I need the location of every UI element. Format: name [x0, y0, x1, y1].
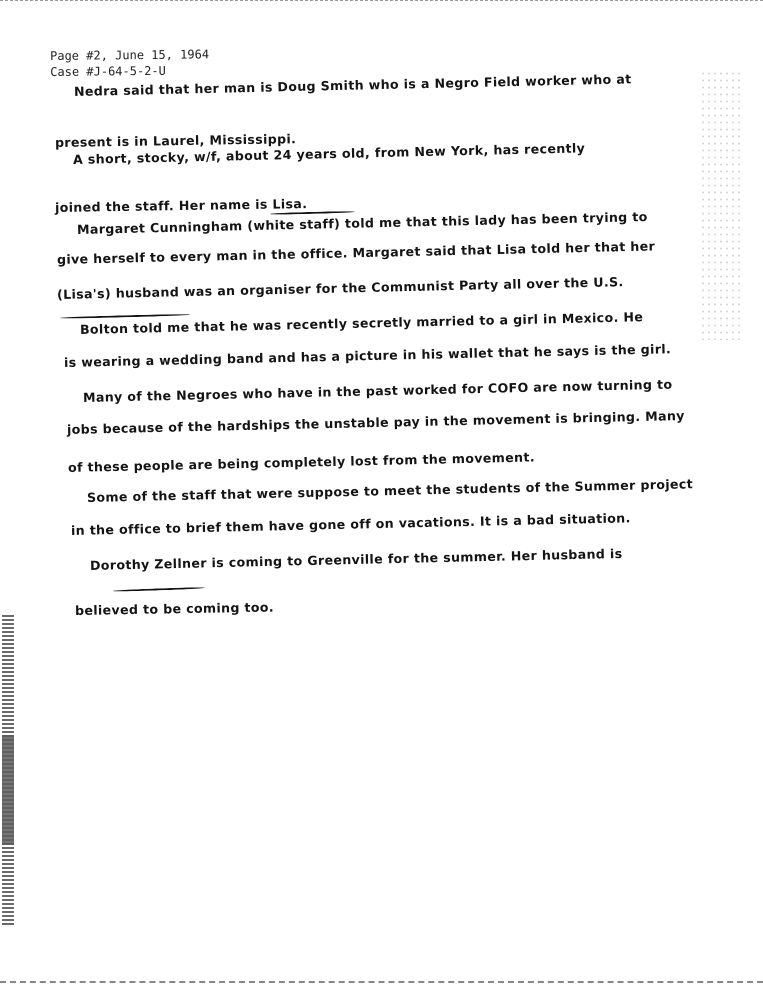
text-line: Dorothy Zellner is coming to Greenville … — [90, 546, 623, 573]
text-line: give herself to every man in the office.… — [57, 238, 655, 267]
text-line: Nedra said that her man is Doug Smith wh… — [74, 71, 632, 99]
text-line: jobs because of the hardships the unstab… — [67, 408, 685, 437]
text-line: joined the staff. Her name is Lisa. — [55, 196, 308, 215]
text-line: in the office to brief them have gone of… — [71, 510, 631, 538]
text-line: is wearing a wedding band and has a pict… — [64, 341, 671, 370]
text-line: believed to be coming too. — [75, 600, 274, 618]
text-line: Bolton told me that he was recently secr… — [80, 309, 643, 337]
scan-binding-marks — [2, 615, 14, 925]
text-line: Some of the staff that were suppose to m… — [87, 476, 693, 505]
document-body: Nedra said that her man is Doug Smith wh… — [0, 0, 763, 989]
text-line: (Lisa's) husband was an organiser for th… — [57, 274, 624, 302]
handwritten-underline-dorothy-zellner — [113, 587, 205, 592]
page-bottom-edge — [0, 981, 763, 983]
text-line: of these people are being completely los… — [68, 449, 535, 475]
text-line: Many of the Negroes who have in the past… — [83, 377, 673, 405]
scan-noise-speckle — [700, 70, 740, 340]
handwritten-underline-lisas-husband — [60, 314, 190, 319]
